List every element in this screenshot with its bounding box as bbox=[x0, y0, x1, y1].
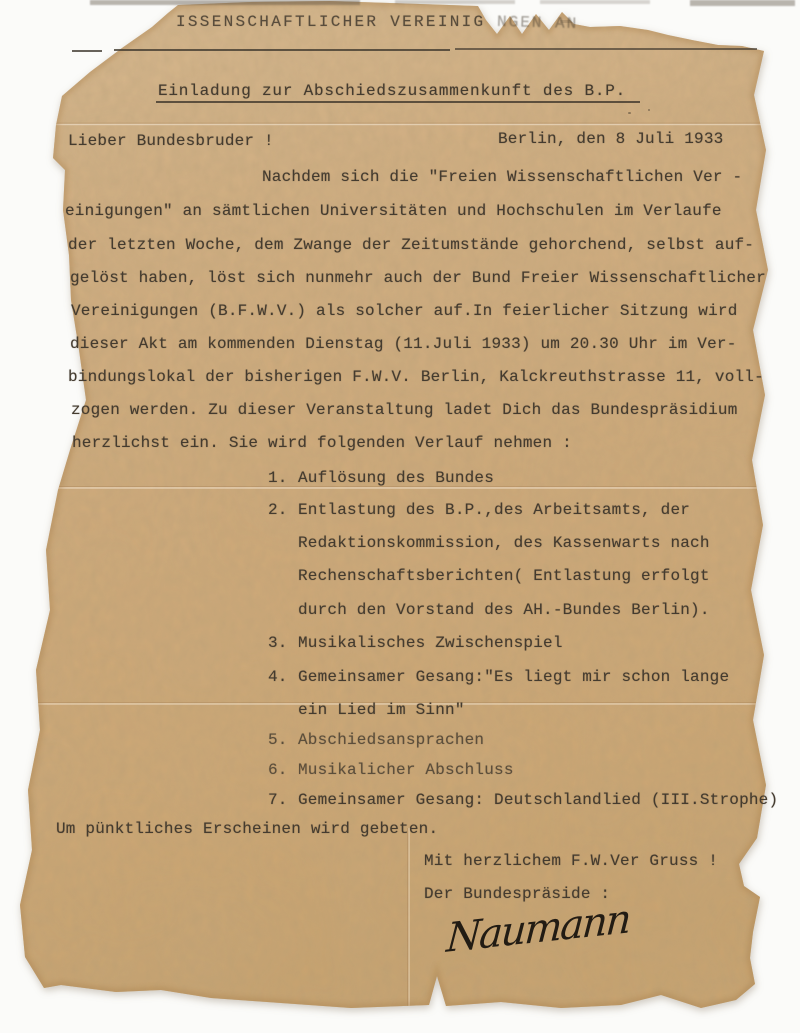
agenda-text: Gemeinsamer Gesang: Deutschlandlied (III… bbox=[298, 791, 778, 809]
agenda-text: Musikalisches Zwischenspiel bbox=[298, 634, 563, 652]
ink-speck bbox=[628, 112, 631, 114]
agenda-number: 1. bbox=[268, 468, 298, 488]
paragraph-line: einigungen" an sämtlichen Universitäten … bbox=[65, 201, 722, 221]
letterhead-torn-fragment: NGEN AN bbox=[497, 12, 579, 34]
agenda-text: Entlastung des B.P.,des Arbeitsamts, der bbox=[298, 501, 690, 519]
closing-request: Um pünktliches Erscheinen wird gebeten. bbox=[56, 819, 438, 839]
agenda-item-continuation: Rechenschaftsberichten( Entlastung erfol… bbox=[298, 566, 710, 586]
paragraph-line: bindungslokal der bisherigen F.W.V. Berl… bbox=[68, 367, 764, 387]
letter-title: Einladung zur Abschiedszusammenkunft des… bbox=[158, 81, 626, 101]
typed-rule bbox=[455, 48, 757, 50]
typed-rule bbox=[114, 49, 450, 51]
salutation: Lieber Bundesbruder ! bbox=[68, 131, 274, 151]
agenda-number: 2. bbox=[268, 500, 298, 520]
agenda-text: Auflösung des Bundes bbox=[298, 469, 494, 487]
agenda-text: Musikalicher Abschluss bbox=[298, 761, 514, 779]
scan-artifact bbox=[395, 0, 515, 4]
agenda-text: Abschiedsansprachen bbox=[298, 731, 484, 749]
paragraph-line: zogen werden. Zu dieser Veranstaltung la… bbox=[71, 400, 738, 420]
dateline: Berlin, den 8 Juli 1933 bbox=[498, 129, 723, 149]
title-underline bbox=[156, 101, 640, 103]
agenda-item-continuation: Redaktionskommission, des Kassenwarts na… bbox=[298, 533, 710, 553]
paragraph-line: herzlichst ein. Sie wird folgenden Verla… bbox=[72, 433, 572, 453]
paragraph-line: der letzten Woche, dem Zwange der Zeitum… bbox=[68, 235, 754, 255]
agenda-item: 7.Gemeinsamer Gesang: Deutschlandlied (I… bbox=[268, 790, 778, 810]
agenda-item-continuation: durch den Vorstand des AH.-Bundes Berlin… bbox=[298, 600, 710, 620]
agenda-number: 5. bbox=[268, 730, 298, 750]
paragraph-line: Nachdem sich die "Freien Wissenschaftlic… bbox=[262, 167, 742, 187]
agenda-number: 6. bbox=[268, 760, 298, 780]
agenda-text: Gemeinsamer Gesang:"Es liegt mir schon l… bbox=[298, 668, 729, 686]
paragraph-line: gelöst haben, löst sich nunmehr auch der… bbox=[70, 268, 766, 288]
typed-rule bbox=[72, 50, 102, 52]
agenda-item: 5.Abschiedsansprachen bbox=[268, 730, 484, 750]
paragraph-line: dieser Akt am kommenden Dienstag (11.Jul… bbox=[70, 334, 737, 354]
agenda-item: 3.Musikalisches Zwischenspiel bbox=[268, 633, 563, 653]
scan-artifact bbox=[690, 0, 795, 6]
agenda-number: 4. bbox=[268, 667, 298, 687]
agenda-item: 2.Entlastung des B.P.,des Arbeitsamts, d… bbox=[268, 500, 690, 520]
scan-artifact bbox=[90, 0, 360, 5]
agenda-item: 1.Auflösung des Bundes bbox=[268, 468, 494, 488]
agenda-number: 3. bbox=[268, 633, 298, 653]
letterhead-line: ISSENSCHAFTLICHER VEREINIG bbox=[176, 12, 485, 32]
paragraph-line: Vereinigungen (B.F.W.V.) als solcher auf… bbox=[71, 301, 738, 321]
scan-artifact bbox=[540, 0, 650, 4]
agenda-item-continuation: ein Lied im Sinn" bbox=[298, 700, 465, 720]
ink-speck bbox=[648, 109, 650, 111]
scanned-letter-page: ISSENSCHAFTLICHER VEREINIG NGEN AN Einla… bbox=[0, 0, 800, 1033]
agenda-number: 7. bbox=[268, 790, 298, 810]
agenda-item: 4.Gemeinsamer Gesang:"Es liegt mir schon… bbox=[268, 667, 729, 687]
agenda-item: 6.Musikalicher Abschluss bbox=[268, 760, 514, 780]
closing-regards: Mit herzlichem F.W.Ver Gruss ! bbox=[424, 851, 718, 871]
